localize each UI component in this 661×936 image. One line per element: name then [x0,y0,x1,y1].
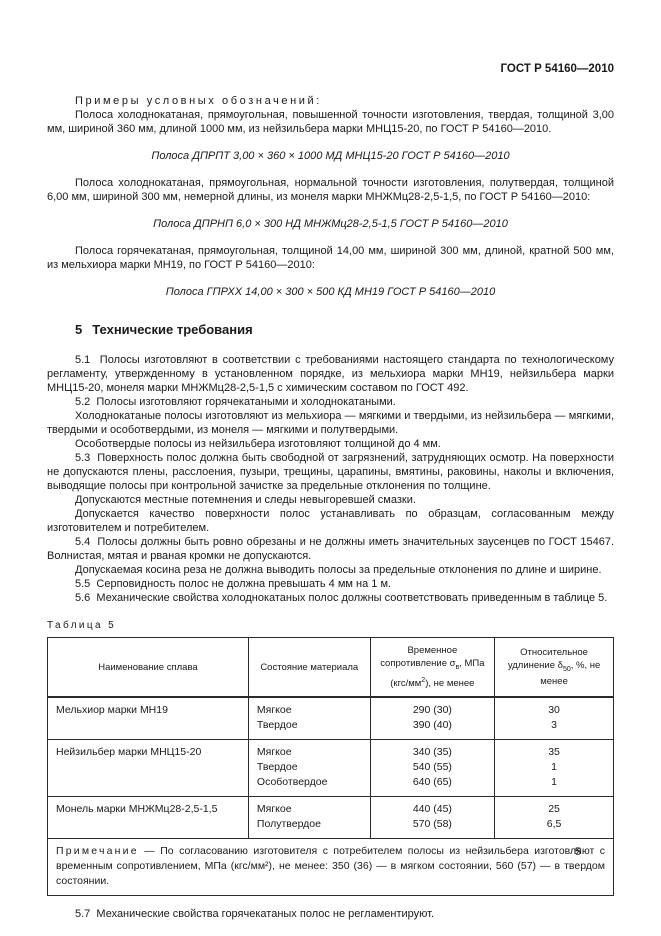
state-cell: Мягкое Твердое Особотвердое [248,740,370,797]
elongation-value: 3 [503,718,605,733]
elongation-cell: 35 1 1 [495,740,614,797]
paragraph: Холоднокатаные полосы изготовляют из мел… [47,409,614,437]
header-material-state: Состояние материала [248,638,370,698]
header-alloy-name: Наименование сплава [48,638,249,698]
header-elongation: Относительное удлинение δ50, %, не менее [495,638,614,698]
strength-value: 390 (40) [379,718,487,733]
example-designation: Полоса ДПРНП 6,0 × 300 НД МНЖМц28-2,5-1,… [47,217,614,231]
state-line: Полутвердое [257,817,362,832]
section-number: 5 [75,322,82,337]
example-description: Полоса холоднокатаная, прямоугольная, по… [47,108,614,136]
paragraph-5-7: 5.7 Механические свойства горячекатаных … [47,907,614,921]
elongation-value: 25 [503,802,605,817]
section-heading: 5Технические требования [75,322,614,337]
examples-intro: Примеры условных обозначений: [47,94,614,108]
state-line: Мягкое [257,802,362,817]
table-5: Наименование сплава Состояние материала … [47,637,614,896]
state-line: Твердое [257,760,362,775]
paragraph-5-3: 5.3 Поверхность полос должна быть свобод… [47,451,614,493]
strength-cell: 290 (30) 390 (40) [370,697,495,740]
example-designation: Полоса ГПРХХ 14,00 × 300 × 500 КД МН19 Г… [47,285,614,299]
page-content: ГОСТ Р 54160—2010 Примеры условных обозн… [47,62,614,921]
state-line: Мягкое [257,745,362,760]
alloy-name-cell: Мельхиор марки МН19 [48,697,249,740]
state-line: Мягкое [257,703,362,718]
state-cell: Мягкое Твердое [248,697,370,740]
paragraph-5-5: 5.5 Серповидность полос не должна превыш… [47,577,614,591]
strength-cell: 440 (45) 570 (58) [370,797,495,839]
alloy-name-cell: Монель марки МНЖМц28-2,5-1,5 [48,797,249,839]
paragraph-5-4: 5.4 Полосы должны быть ровно обрезаны и … [47,535,614,563]
elongation-value: 1 [503,775,605,790]
page-number: 5 [575,846,581,858]
example-description: Полоса горячекатаная, прямоугольная, тол… [47,244,614,272]
note-text: — По согласованию изготовителя с потреби… [56,845,605,887]
doc-code-header: ГОСТ Р 54160—2010 [47,62,614,76]
strength-value: 570 (58) [379,817,487,832]
elongation-value: 6,5 [503,817,605,832]
paragraph: Допускается качество поверхности полос у… [47,507,614,535]
table-note-cell: Примечание — По согласованию изготовител… [48,839,614,896]
paragraph-5-2: 5.2 Полосы изготовляют горячекатаными и … [47,395,614,409]
section-title: Технические требования [92,322,252,337]
state-cell: Мягкое Полутвердое [248,797,370,839]
header-text: ), не менее [425,678,474,689]
strength-value: 540 (55) [379,760,487,775]
table-row-melchior: Мельхиор марки МН19 Мягкое Твердое 290 (… [48,697,614,740]
elongation-value: 35 [503,745,605,760]
strength-value: 440 (45) [379,802,487,817]
header-text: Временное сопротивление σ [380,645,457,669]
strength-value: 340 (35) [379,745,487,760]
state-line: Особотвердое [257,775,362,790]
elongation-value: 30 [503,703,605,718]
document-page: ГОСТ Р 54160—2010 Примеры условных обозн… [0,0,661,936]
strength-value: 640 (65) [379,775,487,790]
example-description: Полоса холоднокатаная, прямоугольная, но… [47,176,614,204]
elongation-cell: 30 3 [495,697,614,740]
paragraph-5-6: 5.6 Механические свойства холоднокатаных… [47,591,614,605]
table-header-row: Наименование сплава Состояние материала … [48,638,614,698]
delta-subscript: 50 [563,665,571,672]
note-label: Примечание [56,845,139,857]
strength-value: 290 (30) [379,703,487,718]
header-tensile-strength: Временное сопротивление σв, МПа (кгс/мм2… [370,638,495,698]
paragraph: Допускаемая косина реза не должна выводи… [47,563,614,577]
paragraph: Допускаются местные потемнения и следы н… [47,493,614,507]
strength-cell: 340 (35) 540 (55) 640 (65) [370,740,495,797]
example-designation: Полоса ДПРПТ 3,00 × 360 × 1000 МД МНЦ15-… [47,149,614,163]
table-row-monel: Монель марки МНЖМц28-2,5-1,5 Мягкое Полу… [48,797,614,839]
table-caption: Таблица 5 [47,620,614,631]
elongation-value: 1 [503,760,605,775]
elongation-cell: 25 6,5 [495,797,614,839]
paragraph: Особотвердые полосы из нейзильбера изгот… [47,437,614,451]
state-line: Твердое [257,718,362,733]
table-note-row: Примечание — По согласованию изготовител… [48,839,614,896]
table-row-neusilber: Нейзильбер марки МНЦ15-20 Мягкое Твердое… [48,740,614,797]
paragraph-5-1: 5.1 Полосы изготовляют в соответствии с … [47,353,614,395]
alloy-name-cell: Нейзильбер марки МНЦ15-20 [48,740,249,797]
